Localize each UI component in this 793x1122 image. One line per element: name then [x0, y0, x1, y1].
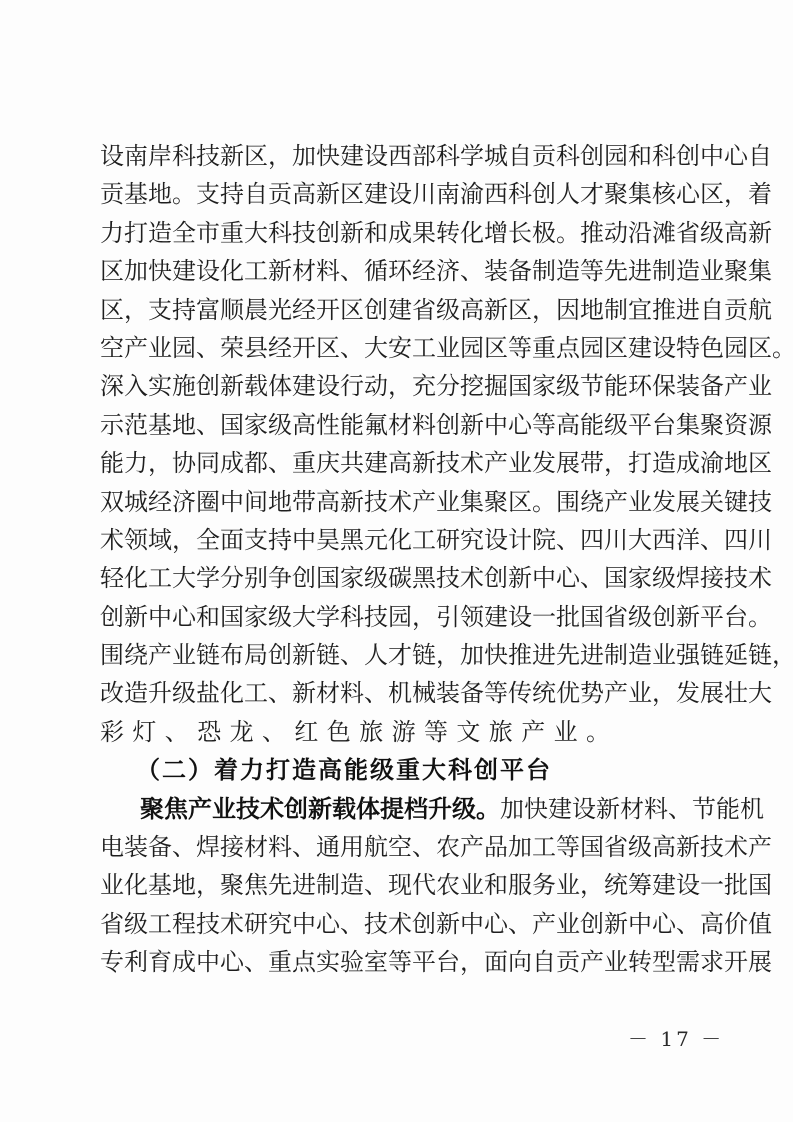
- text-line: 设南岸科技新区，加快建设西部科学城自贡科创园和科创中心自: [100, 137, 684, 175]
- text-line: 深入实施创新载体建设行动，充分挖掘国家级节能环保装备产业: [100, 367, 684, 405]
- paragraph-first-line: 聚焦产业技术创新载体提档升级。加快建设新材料、节能机: [100, 790, 684, 828]
- text-line: 双城经济圈中间地带高新技术产业集聚区。围绕产业发展关键技: [100, 483, 684, 521]
- text-line: 创新中心和国家级大学科技园，引领建设一批国省级创新平台。: [100, 598, 684, 636]
- text-line: 示范基地、国家级高性能氟材料创新中心等高能级平台集聚资源: [100, 406, 684, 444]
- text-line: 轻化工大学分别争创国家级碳黑技术创新中心、国家级焊接技术: [100, 559, 684, 597]
- paragraph-first-line-rest: 加快建设新材料、节能机: [500, 795, 764, 823]
- text-line: 围绕产业链布局创新链、人才链，加快推进先进制造业强链延链，: [100, 636, 684, 674]
- text-line: 业化基地，聚焦先进制造、现代农业和服务业，统筹建设一批国: [100, 866, 684, 904]
- page-number: － 17 －: [628, 1023, 724, 1052]
- text-line: 术领域，全面支持中昊黑元化工研究设计院、四川大西洋、四川: [100, 521, 684, 559]
- text-line: 空产业园、荣县经开区、大安工业园区等重点园区建设特色园区。: [100, 329, 684, 367]
- section-heading: （二）着力打造高能级重大科创平台: [100, 751, 684, 789]
- text-line: 能力，协同成都、重庆共建高新技术产业发展带，打造成渝地区: [100, 444, 684, 482]
- document-body: 设南岸科技新区，加快建设西部科学城自贡科创园和科创中心自 贡基地。支持自贡高新区…: [100, 137, 684, 982]
- text-line-last: 彩灯、恐龙、红色旅游等文旅产业。: [100, 713, 684, 751]
- text-line: 区，支持富顺晨光经开区创建省级高新区，因地制宜推进自贡航: [100, 291, 684, 329]
- text-line: 力打造全市重大科技创新和成果转化增长极。推动沿滩省级高新: [100, 214, 684, 252]
- document-page: 设南岸科技新区，加快建设西部科学城自贡科创园和科创中心自 贡基地。支持自贡高新区…: [0, 0, 793, 1122]
- text-line: 专利育成中心、重点实验室等平台，面向自贡产业转型需求开展: [100, 943, 684, 981]
- paragraph-lead-bold: 聚焦产业技术创新载体提档升级。: [140, 794, 500, 823]
- text-line: 省级工程技术研究中心、技术创新中心、产业创新中心、高价值: [100, 905, 684, 943]
- text-line: 区加快建设化工新材料、循环经济、装备制造等先进制造业聚集: [100, 252, 684, 290]
- text-line: 贡基地。支持自贡高新区建设川南渝西科创人才聚集核心区，着: [100, 175, 684, 213]
- text-line: 改造升级盐化工、新材料、机械装备等传统优势产业，发展壮大: [100, 674, 684, 712]
- text-line: 电装备、焊接材料、通用航空、农产品加工等国省级高新技术产: [100, 828, 684, 866]
